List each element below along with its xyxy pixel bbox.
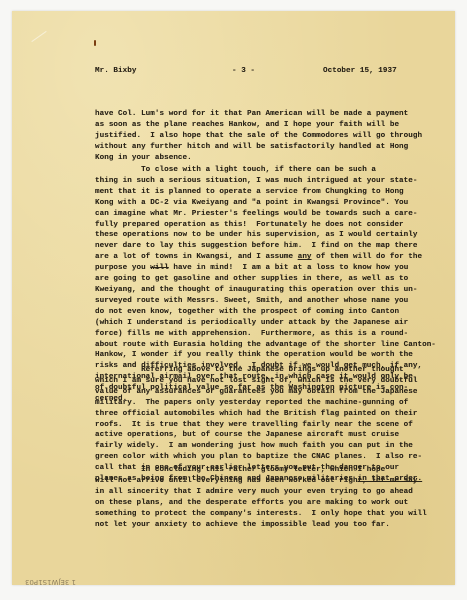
- underlined-word: any: [298, 253, 312, 261]
- recipient-name: Mr. Bixby: [95, 66, 136, 77]
- paragraph-4: In concluding this rather gloomy letter,…: [95, 465, 427, 530]
- ink-mark: [94, 40, 96, 46]
- letter-date: October 15, 1937: [323, 66, 397, 77]
- paper-crease: [31, 31, 46, 42]
- archive-stamp: 1 3EJW1S1P03: [25, 578, 76, 586]
- paragraph-1: have Col. Lum's word for it that Pan Ame…: [95, 109, 422, 164]
- struck-word: will: [150, 264, 168, 272]
- page-number: - 3 -: [232, 66, 255, 77]
- letter-page: Mr. Bixby - 3 - October 15, 1937 have Co…: [12, 11, 455, 585]
